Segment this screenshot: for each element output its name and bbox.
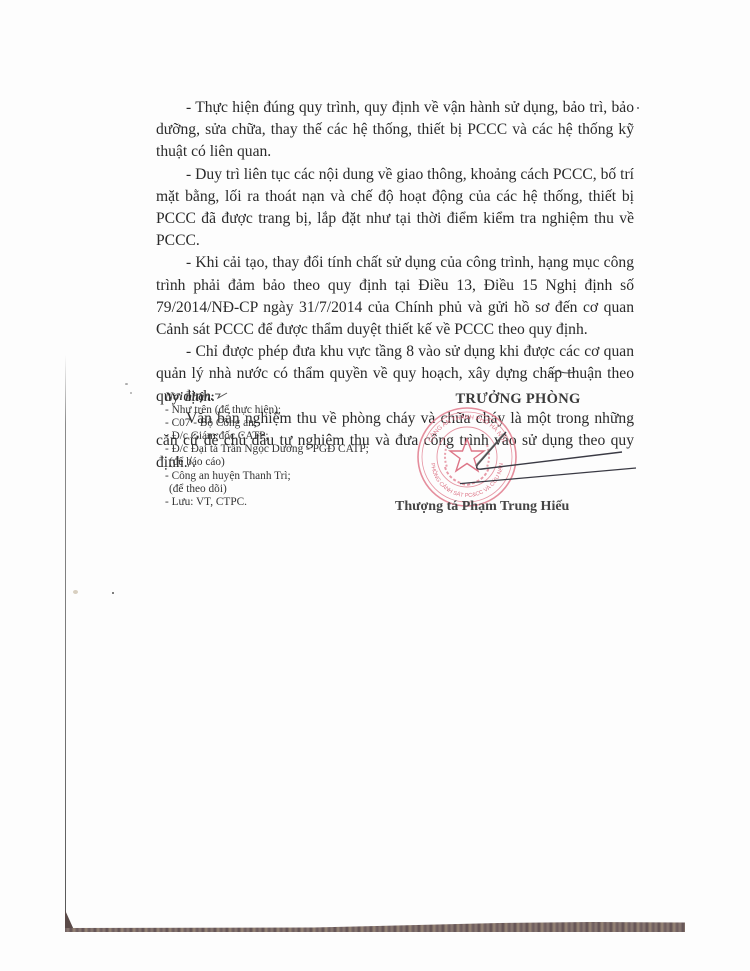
recipient-item: - Đ/c Đại tá Trần Ngọc Dương - PGĐ CATP;: [165, 443, 369, 456]
scan-speck: [125, 383, 128, 385]
recipient-item: - C07 - Bộ Công an;: [165, 417, 369, 430]
paragraph-continuity: - Duy trì liên tục các nội dung về giao …: [156, 164, 634, 253]
paper-corner-shadow: [65, 910, 74, 930]
paragraph-maintenance: - Thực hiện đúng quy trình, quy định về …: [156, 97, 634, 164]
scan-speck: [73, 590, 78, 594]
check-scribble-icon: [214, 392, 228, 400]
desk-edge-strip: [65, 922, 685, 932]
recipient-item: - Như trên (để thực hiện);: [165, 404, 369, 417]
recipient-item: - Công an huyện Thanh Trì;: [165, 470, 369, 483]
scanned-page: - Thực hiện đúng quy trình, quy định về …: [0, 0, 750, 971]
paragraph-renovation: - Khi cải tạo, thay đổi tính chất sử dụn…: [156, 252, 634, 341]
recipients-title: Nơi nhận:: [165, 391, 369, 404]
recipient-item: - Lưu: VT, CTPC.: [165, 496, 369, 509]
recipients-block: Nơi nhận: - Như trên (để thực hiện); - C…: [165, 391, 369, 509]
recipient-note: (để báo cáo): [165, 456, 369, 469]
signer-name: Thượng tá Phạm Trung Hiếu: [395, 499, 635, 515]
paper-left-edge: [65, 355, 66, 930]
scan-speck: [130, 392, 132, 394]
end-mark-scribble: [547, 360, 577, 380]
scan-speck: [637, 107, 639, 109]
handwritten-signature: [460, 420, 640, 500]
scan-speck: [112, 592, 114, 594]
recipient-item: - Đ/c Giám đốc CATP;: [165, 430, 369, 443]
recipient-note: (để theo dõi): [165, 483, 369, 496]
